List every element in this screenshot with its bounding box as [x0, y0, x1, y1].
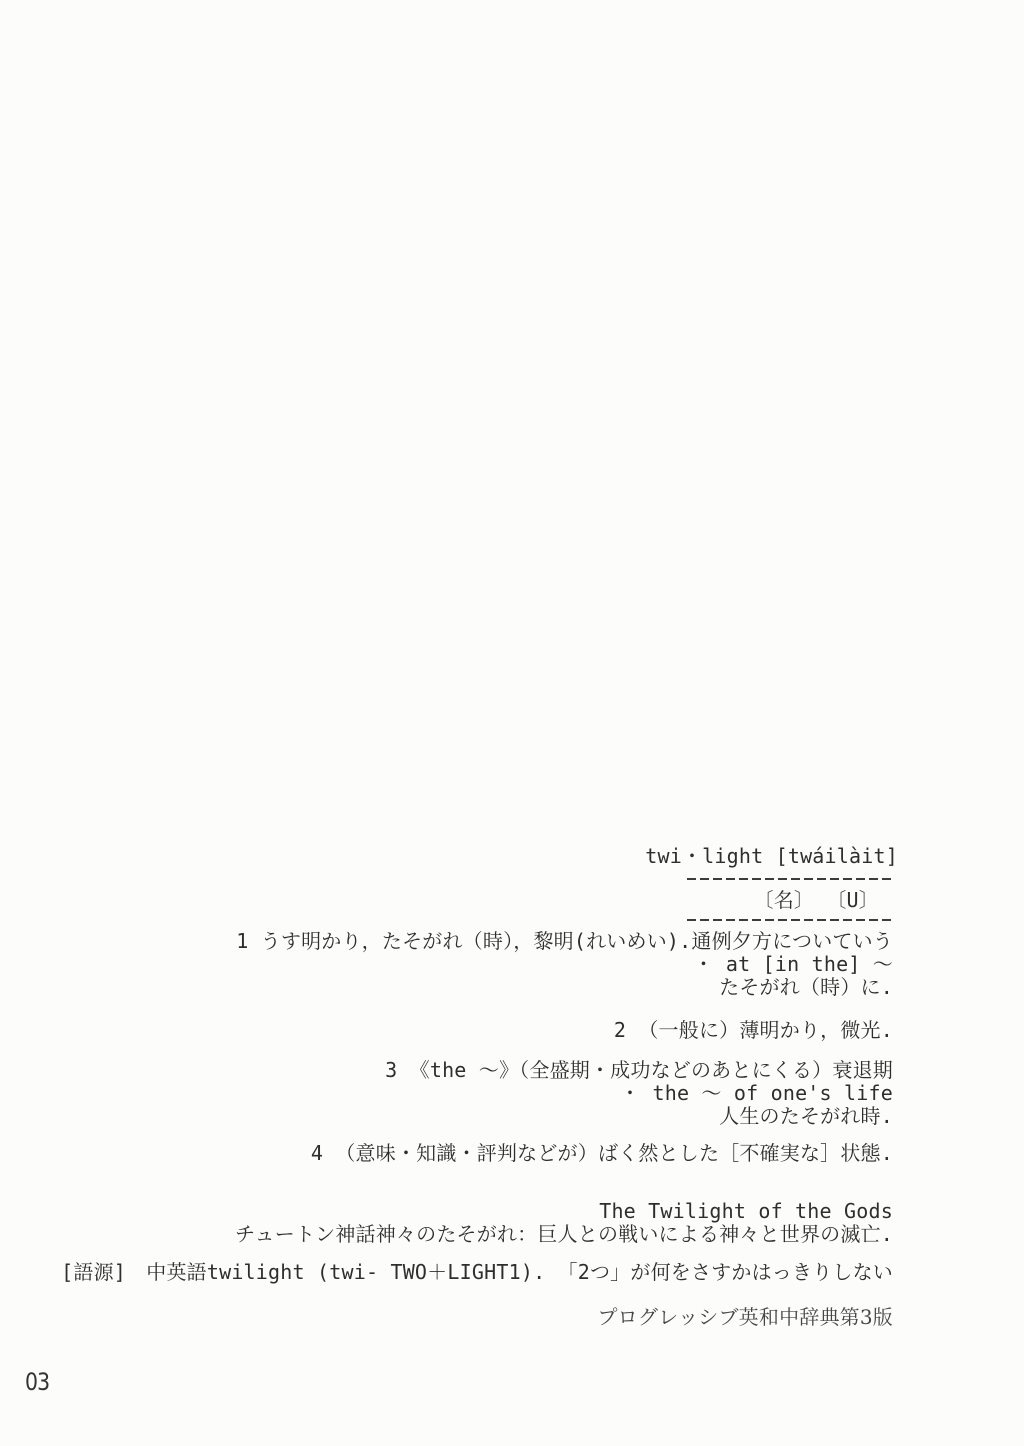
- idiom-phrase: The Twilight of the Gods: [40, 1200, 893, 1223]
- dictionary-source-credit: プログレッシブ英和中辞典第3版: [40, 1306, 893, 1329]
- idiom-gloss: チュートン神話神々のたそがれ：巨人との戦いによる神々と世界の滅亡.: [40, 1223, 893, 1246]
- divider-top-wrap: [40, 876, 893, 878]
- sense-3-example-translation: 人生のたそがれ時.: [40, 1105, 893, 1128]
- sense-2-definition: 2 （一般に）薄明かり，微光.: [40, 1019, 893, 1042]
- entry-headword: twi・light [twáilàit]: [40, 845, 898, 868]
- sense-3-example: ・ the ～ of one's life: [40, 1082, 893, 1105]
- dashed-divider-top: [687, 878, 893, 880]
- sense-1-example-translation: たそがれ（時）に.: [40, 976, 893, 999]
- sense-4: 4 （意味・知識・評判などが）ばく然とした［不確実な］状態.: [40, 1142, 893, 1165]
- sense-3-definition: 3 《the ～》（全盛期・成功などのあとにくる）衰退期: [40, 1059, 893, 1082]
- sense-2: 2 （一般に）薄明かり，微光.: [40, 1019, 893, 1042]
- sense-4-definition: 4 （意味・知識・評判などが）ばく然とした［不確実な］状態.: [40, 1142, 893, 1165]
- etymology-note: [語源] 中英語twilight (twi- TWO＋LIGHT1). 「2つ」…: [40, 1261, 893, 1284]
- sense-1-example: ・ at [in the] ～: [40, 953, 893, 976]
- entry-part-of-speech: 〔名〕 〔U〕: [40, 889, 893, 912]
- sense-3: 3 《the ～》（全盛期・成功などのあとにくる）衰退期 ・ the ～ of …: [40, 1059, 893, 1128]
- dashed-divider-bottom: [687, 919, 893, 921]
- page-number: 03: [25, 1369, 49, 1395]
- sense-1: 1 うす明かり，たそがれ（時），黎明(れいめい).通例夕方についていう ・ at…: [40, 930, 893, 999]
- sense-1-definition: 1 うす明かり，たそがれ（時），黎明(れいめい).通例夕方についていう: [40, 930, 893, 953]
- idiom-block: The Twilight of the Gods チュートン神話神々のたそがれ：…: [40, 1200, 893, 1246]
- dictionary-entry: twi・light [twáilàit] 〔名〕 〔U〕 1 うす明かり，たそが…: [40, 845, 893, 1329]
- divider-bottom-wrap: [40, 917, 893, 919]
- scanned-dictionary-page: twi・light [twáilàit] 〔名〕 〔U〕 1 うす明かり，たそが…: [0, 0, 1024, 1446]
